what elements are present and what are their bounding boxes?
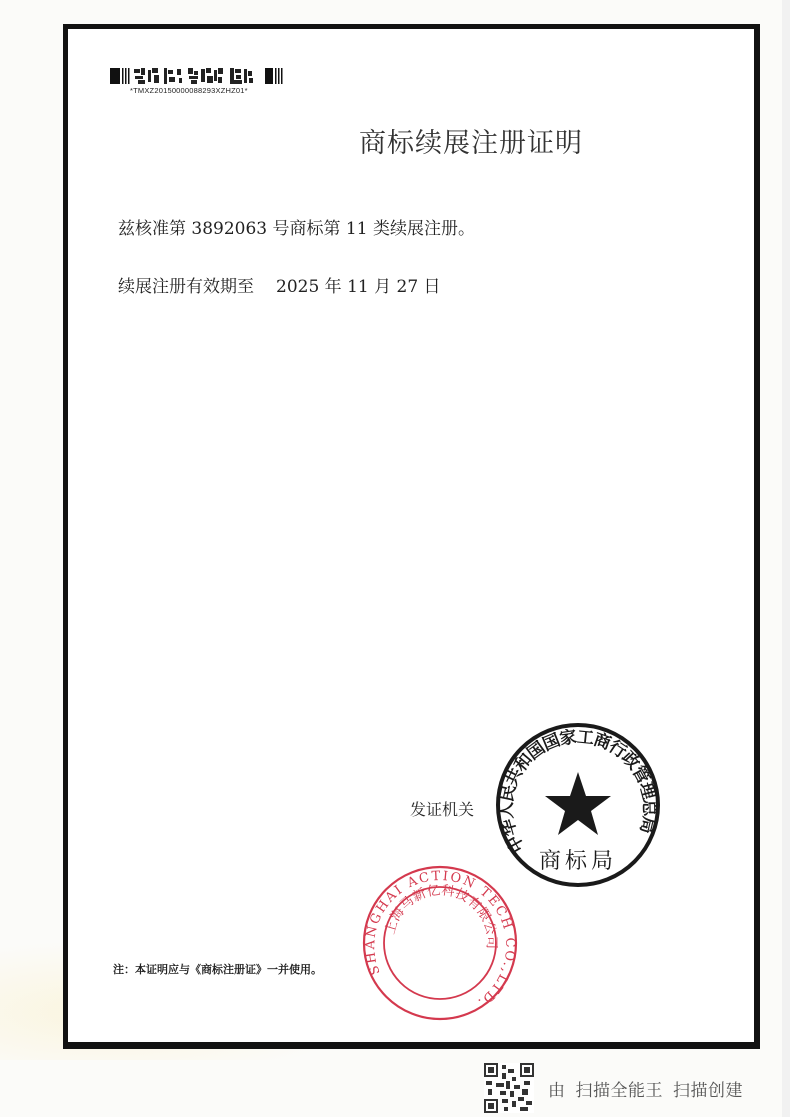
document-title: 商标续展注册证明	[68, 121, 754, 160]
validity-date: 2025 年 11 月 27 日	[276, 277, 441, 297]
usage-note: 注：本证明应与《商标注册证》一并使用。	[113, 961, 322, 977]
watermark-created: 扫描创建	[673, 1081, 743, 1101]
watermark-text: 由扫描全能王扫描创建	[548, 1076, 743, 1101]
company-seal: SHANGHAI ACTION TECH CO.,LTD. 上海马新亿科技有限公…	[360, 863, 520, 1023]
issuer-label: 发证机关	[410, 797, 474, 820]
seal-center-text: 商标局	[539, 849, 617, 874]
validity-line: 续展注册有效期至2025 年 11 月 27 日	[118, 272, 441, 297]
watermark-by: 由	[548, 1081, 566, 1101]
renewal-statement: 兹核准第 3892063 号商标第 11 类续展注册。	[118, 214, 475, 239]
watermark-app: 扫描全能王	[576, 1081, 664, 1101]
qr-code-icon	[484, 1063, 534, 1113]
star-icon	[545, 772, 611, 835]
barcode-icon	[110, 67, 298, 85]
validity-label: 续展注册有效期至	[118, 277, 254, 297]
scan-edge	[782, 0, 790, 1117]
certificate-page: *TMXZ20150000088293XZHZ01* 商标续展注册证明 兹核准第…	[63, 24, 760, 1049]
barcode-number: *TMXZ20150000088293XZHZ01*	[130, 86, 248, 95]
scanner-watermark: 由扫描全能王扫描创建	[484, 1062, 743, 1114]
